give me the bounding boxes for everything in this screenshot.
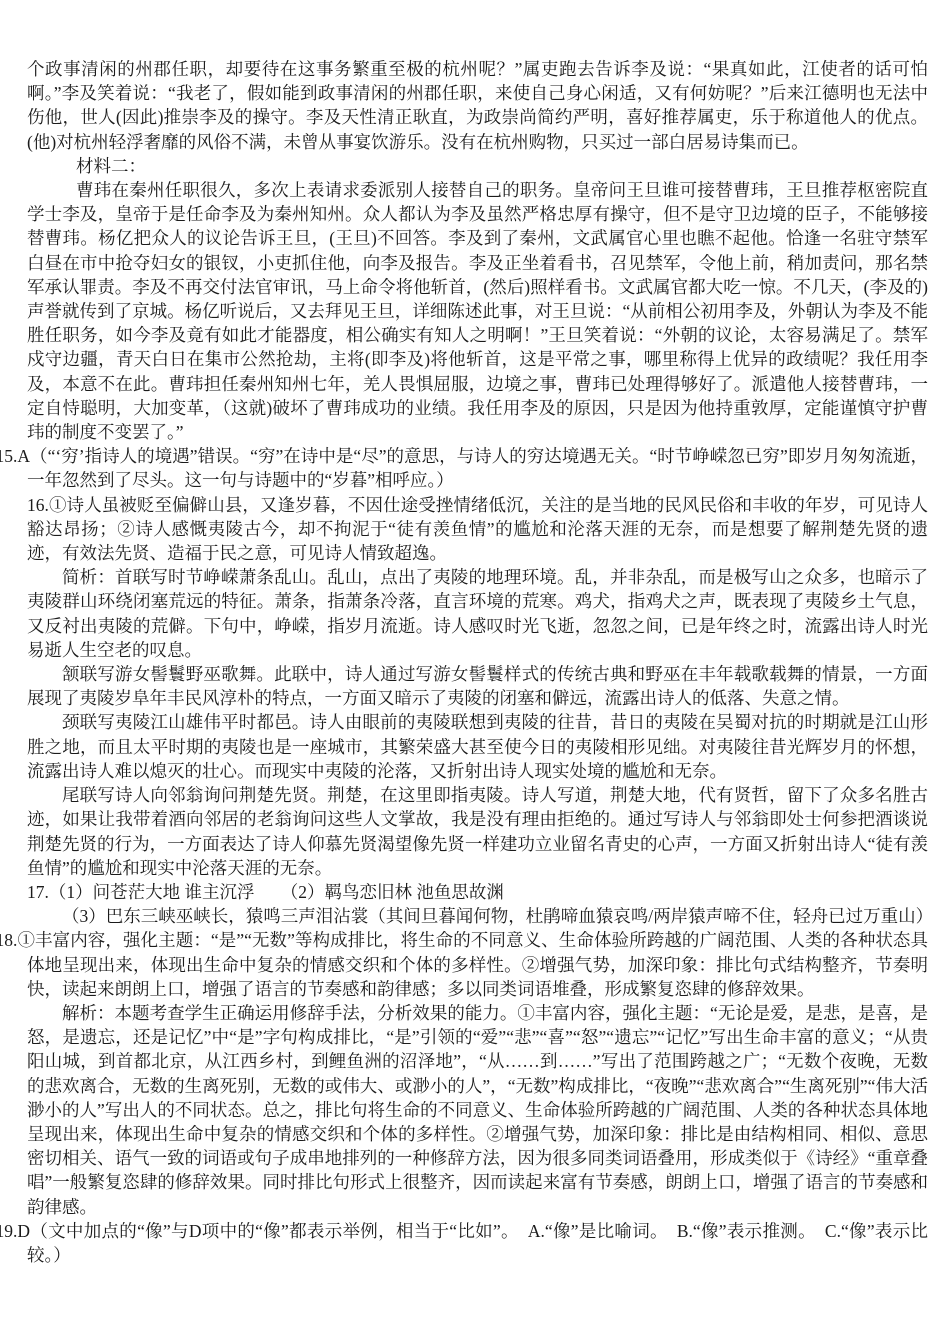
analysis-third-couplet: 颈联写夷陵江山雄伟平时都邑。诗人由眼前的夷陵联想到夷陵的往昔，昔日的夷陵在吴蜀对… <box>27 710 928 783</box>
answer-17-part-1-2: 17.（1）问苍茫大地 谁主沉浮 （2）羁鸟恋旧林 池鱼思故渊 <box>27 880 928 904</box>
answer-19: 19.D（文中加点的“像”与D项中的“像”都表示举例，相当于“比如”。 A.“像… <box>27 1219 928 1267</box>
answer-18: 18.①丰富内容，强化主题：“是”“无数”等构成排比，将生命的不同意义、生命体验… <box>27 928 928 1001</box>
scanned-answer-document: 个政事清闲的州郡任职，却要待在这事务繁重至极的杭州呢？”属吏跑去告诉李及说：“果… <box>0 0 950 1344</box>
material-two-label: 材料二： <box>27 154 928 178</box>
analysis-second-couplet: 颔联写游女髻鬟野巫歌舞。此联中，诗人通过写游女髻鬟样式的传统古典和野巫在丰年载歌… <box>27 662 928 710</box>
answer-17-part-3: （3）巴东三峡巫峡长，猿鸣三声泪沾裳（其间旦暮闻何物，杜鹃啼血猿哀鸣/两岸猿声啼… <box>27 904 928 928</box>
translation-continued-paragraph: 个政事清闲的州郡任职，却要待在这事务繁重至极的杭州呢？”属吏跑去告诉李及说：“果… <box>27 57 928 154</box>
analysis-final-couplet: 尾联写诗人向邻翁询问荆楚先贤。荆楚，在这里即指夷陵。诗人写道，荆楚大地，代有贤哲… <box>27 783 928 880</box>
analysis-first-couplet: 简析：首联写时节峥嵘萧条乱山。乱山，点出了夷陵的地理环境。乱，并非杂乱，而是极写… <box>27 565 928 662</box>
answer-18-explanation: 解析：本题考查学生正确运用修辞手法，分析效果的能力。①丰富内容，强化主题：“无论… <box>27 1001 928 1219</box>
answer-15: 15.A（“‘穷’指诗人的境遇”错误。“穷”在诗中是“尽”的意思，与诗人的穷达境… <box>27 444 928 492</box>
answer-16: 16.①诗人虽被贬至偏僻山县，又逢岁暮，不因仕途受挫情绪低沉，关注的是当地的民风… <box>27 493 928 566</box>
material-two-translation: 曹玮在秦州任职很久，多次上表请求委派别人接替自己的职务。皇帝问王旦谁可接替曹玮，… <box>27 178 928 444</box>
